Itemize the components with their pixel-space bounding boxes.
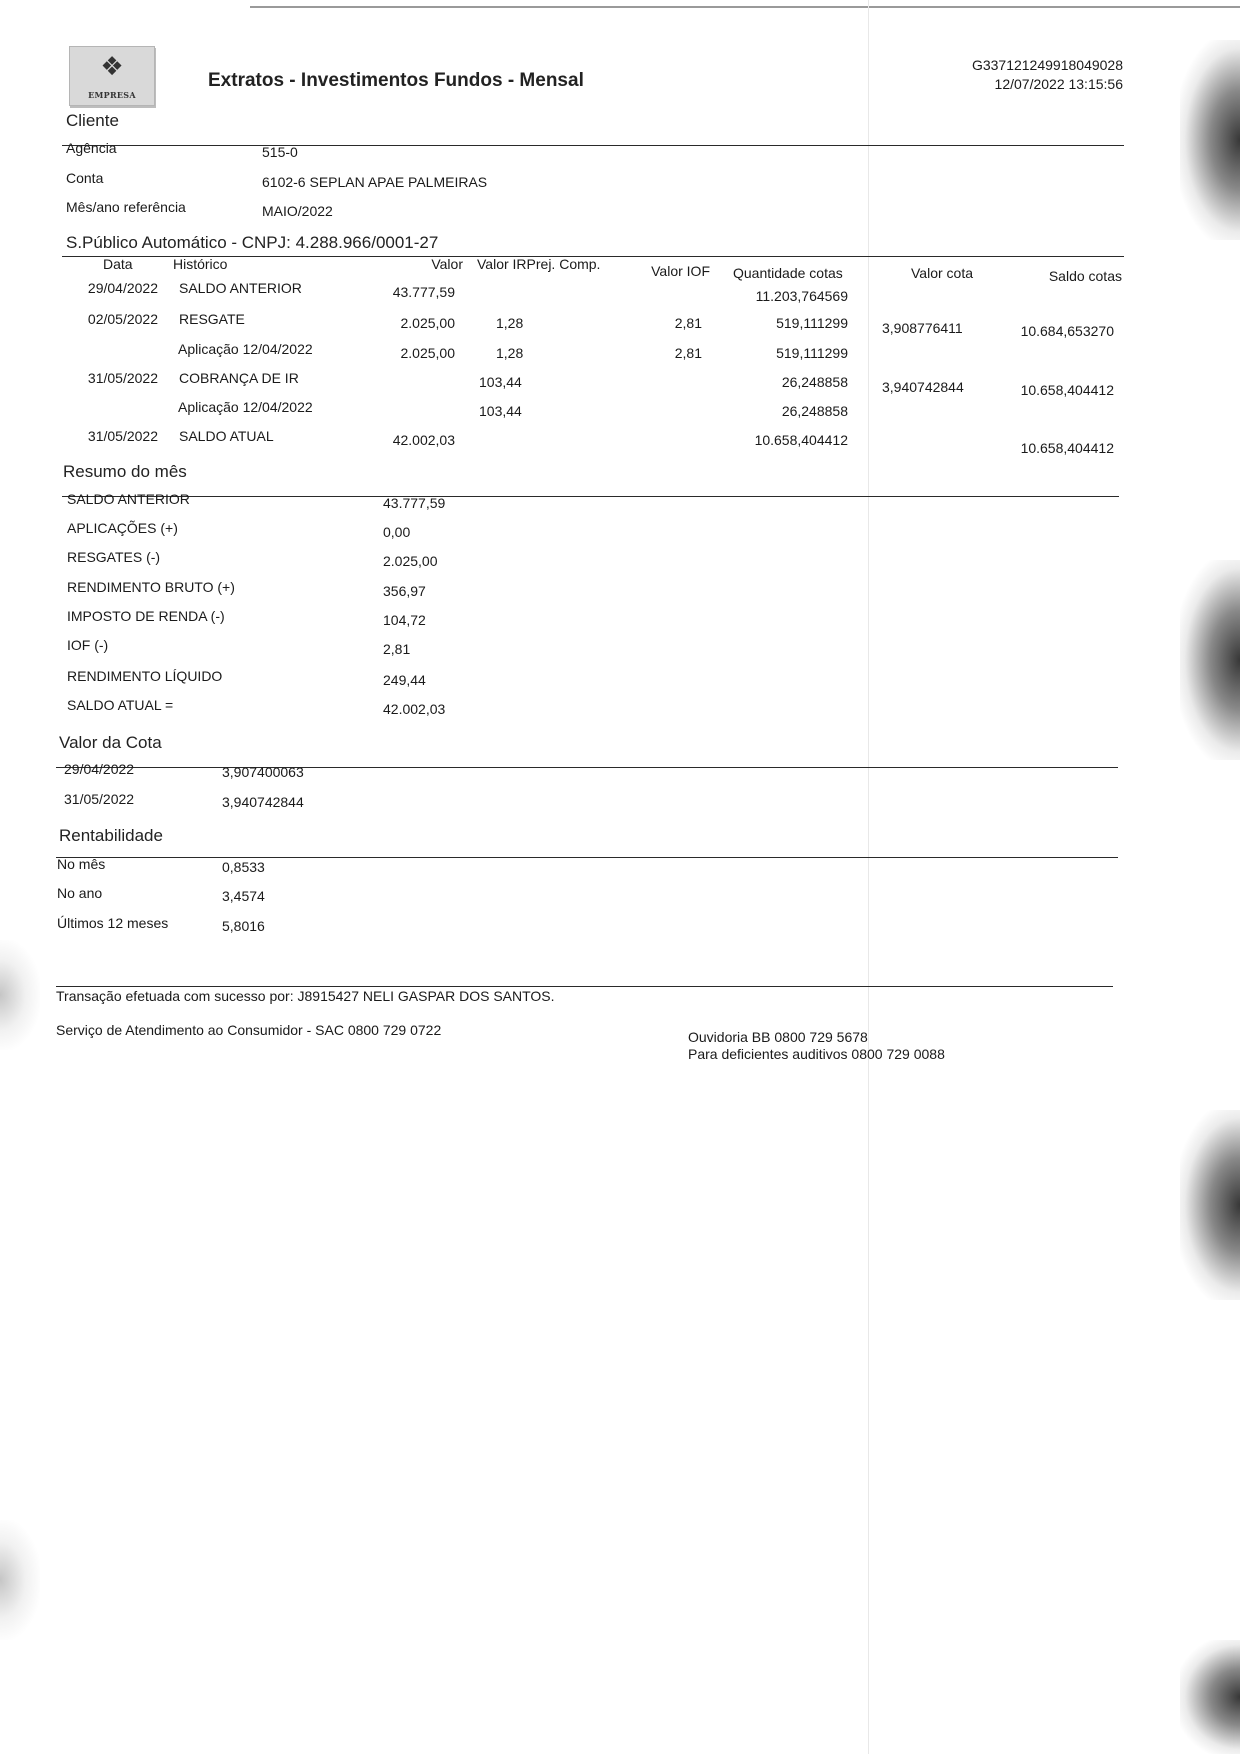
scan-smudge (0, 940, 40, 1050)
cell-iof: 2,81 (675, 315, 702, 331)
fold-line (868, 0, 869, 1754)
cell-ir: 103,44 (479, 374, 522, 390)
transaction-status: Transação efetuada com sucesso por: J891… (56, 988, 555, 1004)
cell-qtd: 10.658,404412 (755, 432, 848, 448)
cell-saldo-cotas: 10.658,404412 (1021, 440, 1114, 456)
cell-valor-cota: 3,940742844 (882, 379, 964, 395)
resumo-label: RENDIMENTO BRUTO (+) (67, 579, 235, 595)
cell-saldo-cotas: 10.658,404412 (1021, 382, 1114, 398)
bank-logo-icon: ❖ (70, 51, 154, 82)
scan-smudge (1180, 40, 1240, 240)
resumo-label: IMPOSTO DE RENDA (-) (67, 608, 225, 624)
cell-qtd: 11.203,764569 (756, 288, 848, 304)
cell-date: 02/05/2022 (88, 311, 158, 327)
cota-date: 31/05/2022 (64, 791, 134, 807)
resumo-value: 42.002,03 (383, 701, 445, 717)
cell-ir: 1,28 (496, 345, 523, 361)
field-value: 515-0 (262, 144, 298, 160)
rentabilidade-value: 0,8533 (222, 859, 265, 875)
cell-historico: RESGATE (179, 311, 245, 327)
cell-historico: COBRANÇA DE IR (179, 370, 299, 386)
cell-qtd: 26,248858 (782, 374, 848, 390)
field-label: Mês/ano referência (66, 199, 186, 215)
resumo-value: 104,72 (383, 612, 426, 628)
section-divider (56, 857, 1118, 858)
section-title-cliente: Cliente (66, 111, 119, 131)
cell-historico: Aplicação 12/04/2022 (178, 341, 313, 357)
column-header: Data (103, 256, 133, 272)
bank-logo: ❖ EMPRESA (69, 46, 155, 106)
cell-date: 31/05/2022 (88, 370, 158, 386)
section-title-valor-cota: Valor da Cota (59, 733, 162, 753)
cota-date: 29/04/2022 (64, 761, 134, 777)
resumo-value: 2.025,00 (383, 553, 438, 569)
cell-date: 29/04/2022 (88, 280, 158, 296)
scan-smudge (1180, 1640, 1240, 1754)
cell-qtd: 519,111299 (776, 345, 848, 361)
rentabilidade-label: No ano (57, 885, 102, 901)
resumo-label: RENDIMENTO LÍQUIDO (67, 668, 222, 684)
ouvidoria-contact: Ouvidoria BB 0800 729 5678 (688, 1029, 868, 1045)
resumo-value: 249,44 (383, 672, 426, 688)
cell-qtd: 519,111299 (776, 315, 848, 331)
paper-edge (250, 0, 1240, 8)
document-datetime: 12/07/2022 13:15:56 (995, 76, 1123, 92)
section-title-fund: S.Público Automático - CNPJ: 4.288.966/0… (66, 233, 438, 253)
cell-historico: SALDO ATUAL (179, 428, 274, 444)
field-value: MAIO/2022 (262, 203, 333, 219)
resumo-label: APLICAÇÕES (+) (67, 520, 178, 536)
cell-historico: SALDO ANTERIOR (179, 280, 302, 296)
cell-qtd: 26,248858 (782, 403, 848, 419)
document-code: G337121249918049028 (972, 57, 1123, 73)
scan-smudge (1180, 560, 1240, 760)
cell-valor: 2.025,00 (401, 315, 456, 331)
footer-divider (56, 986, 1113, 987)
resumo-label: IOF (-) (67, 637, 108, 653)
resumo-label: RESGATES (-) (67, 549, 160, 565)
resumo-value: 2,81 (383, 641, 410, 657)
cota-value: 3,907400063 (222, 764, 304, 780)
cell-valor: 42.002,03 (393, 432, 455, 448)
cell-ir: 1,28 (496, 315, 523, 331)
section-divider (62, 496, 1119, 497)
logo-text: EMPRESA (70, 90, 154, 100)
rentabilidade-label: Últimos 12 meses (57, 915, 168, 931)
rentabilidade-value: 5,8016 (222, 918, 265, 934)
resumo-label: SALDO ANTERIOR (67, 491, 190, 507)
rentabilidade-value: 3,4574 (222, 888, 265, 904)
cell-ir: 103,44 (479, 403, 522, 419)
field-label: Conta (66, 170, 103, 186)
column-header: Valor IRPrej. Comp. (477, 256, 600, 272)
column-header: Valor (431, 256, 463, 272)
section-divider (62, 145, 1124, 146)
resumo-value: 356,97 (383, 583, 426, 599)
page-title: Extratos - Investimentos Fundos - Mensal (208, 70, 584, 92)
cell-saldo-cotas: 10.684,653270 (1021, 323, 1114, 339)
column-header: Histórico (173, 256, 227, 272)
cota-value: 3,940742844 (222, 794, 304, 810)
resumo-value: 0,00 (383, 524, 410, 540)
section-divider (56, 767, 1118, 768)
rentabilidade-label: No mês (57, 856, 105, 872)
cell-date: 31/05/2022 (88, 428, 158, 444)
resumo-value: 43.777,59 (383, 495, 445, 511)
cell-iof: 2,81 (675, 345, 702, 361)
section-title-resumo: Resumo do mês (63, 462, 187, 482)
column-header: Valor cota (911, 265, 973, 281)
column-header: Valor IOF (651, 263, 710, 279)
column-header: Saldo cotas (1049, 268, 1122, 284)
sac-contact: Serviço de Atendimento ao Consumidor - S… (56, 1022, 441, 1038)
scan-smudge (0, 1520, 40, 1640)
column-header: Quantidade cotas (733, 265, 843, 281)
field-value: 6102-6 SEPLAN APAE PALMEIRAS (262, 174, 487, 190)
cell-valor-cota: 3,908776411 (882, 320, 963, 336)
scan-smudge (1180, 1110, 1240, 1300)
resumo-label: SALDO ATUAL = (67, 697, 173, 713)
field-label: Agência (66, 140, 117, 156)
section-title-rentabilidade: Rentabilidade (59, 826, 163, 846)
cell-valor: 2.025,00 (401, 345, 456, 361)
cell-historico: Aplicação 12/04/2022 (178, 399, 313, 415)
cell-valor: 43.777,59 (393, 284, 455, 300)
deficientes-contact: Para deficientes auditivos 0800 729 0088 (688, 1046, 945, 1062)
